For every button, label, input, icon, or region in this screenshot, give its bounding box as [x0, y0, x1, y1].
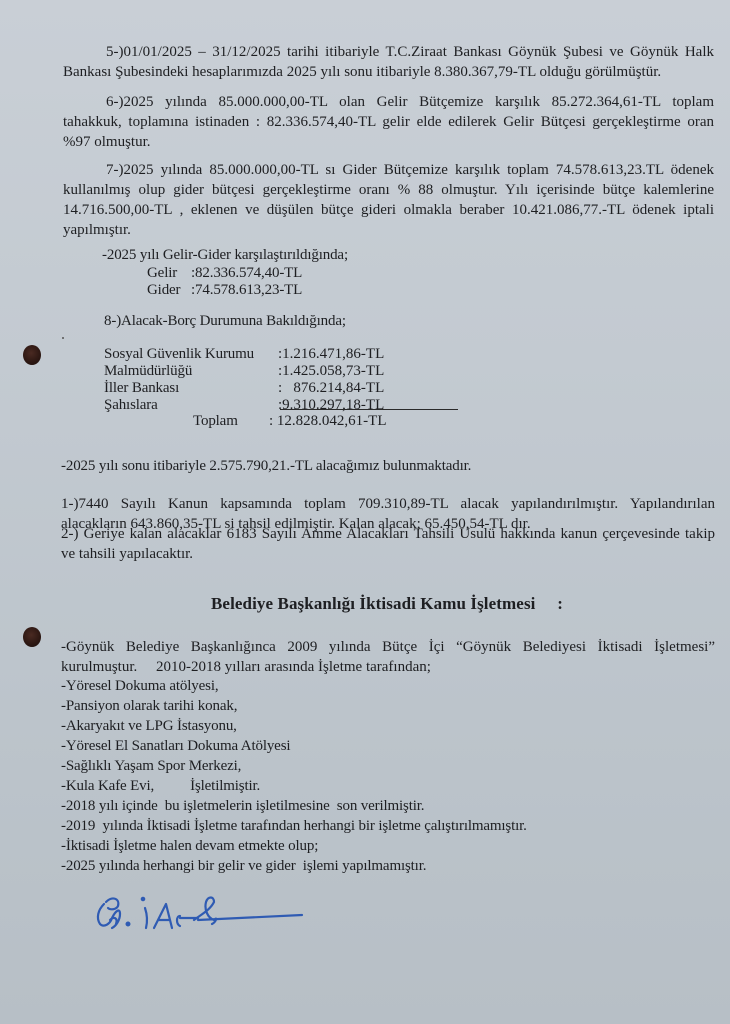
list-item: -2018 yılı içinde bu işletmelerin işleti…	[61, 796, 527, 816]
paragraph-line: 14.716.500,00-TL , eklenen ve düşülen bü…	[63, 200, 714, 220]
list-item: -Akaryakıt ve LPG İstasyonu,	[61, 716, 527, 736]
paragraph-item-5: 5-)01/01/2025 – 31/12/2025 tarihi itibar…	[63, 42, 714, 82]
receivables-point-2: 2-) Geriye kalan alacaklar 6183 Sayılı A…	[61, 524, 715, 564]
debt-label-sahislara: Şahıslara	[104, 395, 158, 415]
list-item: -2025 yılında herhangi bir gelir ve gide…	[61, 856, 527, 876]
section-heading-enterprise: Belediye Başkanlığı İktisadi Kamu İşletm…	[22, 594, 730, 614]
section-title-item-8: 8-)Alacak-Borç Durumuna Bakıldığında;	[104, 311, 346, 331]
punch-hole-mark	[23, 627, 41, 647]
paragraph-line: Bankası Şubesindeki hesaplarımızda 2025 …	[63, 62, 714, 82]
paragraph-line: kurulmuştur. 2010-2018 yılları arasında …	[61, 657, 715, 677]
debt-total-value: : 12.828.042,61-TL	[269, 411, 387, 431]
list-item: -Kula Kafe Evi, İşletilmiştir.	[61, 776, 527, 796]
list-item: -2019 yılında İktisadi İşletme tarafında…	[61, 816, 527, 836]
comparison-value-gider: :74.578.613,23-TL	[191, 280, 302, 300]
paragraph-line: tahakkuk, toplamına istinaden : 82.336.5…	[63, 112, 714, 132]
comparison-intro: -2025 yılı Gelir-Gider karşılaştırıldığı…	[102, 245, 348, 265]
paragraph-line: 6-)2025 yılında 85.000.000,00-TL olan Ge…	[63, 92, 714, 112]
paragraph-line: kullanılmış olup gider bütçesi gerçekleş…	[63, 180, 714, 200]
paragraph-line: 1-)7440 Sayılı Kanun kapsamında toplam 7…	[61, 494, 715, 514]
paragraph-item-7: 7-)2025 yılında 85.000.000,00-TL sı Gide…	[63, 160, 714, 240]
paragraph-line: 5-)01/01/2025 – 31/12/2025 tarihi itibar…	[63, 42, 714, 62]
total-underline	[280, 409, 458, 410]
enterprise-list: -Yöresel Dokuma atölyesi, -Pansiyon olar…	[61, 676, 527, 876]
paragraph-item-6: 6-)2025 yılında 85.000.000,00-TL olan Ge…	[63, 92, 714, 152]
paragraph-line: yapılmıştır.	[63, 220, 714, 240]
debt-total-label: Toplam	[193, 411, 238, 431]
enterprise-intro: -Göynük Belediye Başkanlığınca 2009 yılı…	[61, 637, 715, 677]
paragraph-line: 2-) Geriye kalan alacaklar 6183 Sayılı A…	[61, 524, 715, 544]
list-item: -Pansiyon olarak tarihi konak,	[61, 696, 527, 716]
list-item: -İktisadi İşletme halen devam etmekte ol…	[61, 836, 527, 856]
paragraph-line: %97 olmuştur.	[63, 132, 714, 152]
paragraph-line: -Göynük Belediye Başkanlığınca 2009 yılı…	[61, 637, 715, 657]
paragraph-line: ve tahsili yapılacaktır.	[61, 544, 715, 564]
comparison-label-gider: Gider	[147, 280, 180, 300]
paragraph-line: 7-)2025 yılında 85.000.000,00-TL sı Gide…	[63, 160, 714, 180]
list-item: -Yöresel Dokuma atölyesi,	[61, 676, 527, 696]
receivables-summary: -2025 yılı sonu itibariyle 2.575.790,21.…	[61, 456, 471, 476]
list-item: -Yöresel El Sanatları Dokuma Atölyesi	[61, 736, 527, 756]
scanned-document-page: 5-)01/01/2025 – 31/12/2025 tarihi itibar…	[0, 0, 730, 1024]
list-item: -Sağlıklı Yaşam Spor Merkezi,	[61, 756, 527, 776]
punch-hole-mark	[23, 345, 41, 365]
stray-dot	[62, 337, 64, 339]
handwritten-signature-icon	[90, 880, 320, 940]
